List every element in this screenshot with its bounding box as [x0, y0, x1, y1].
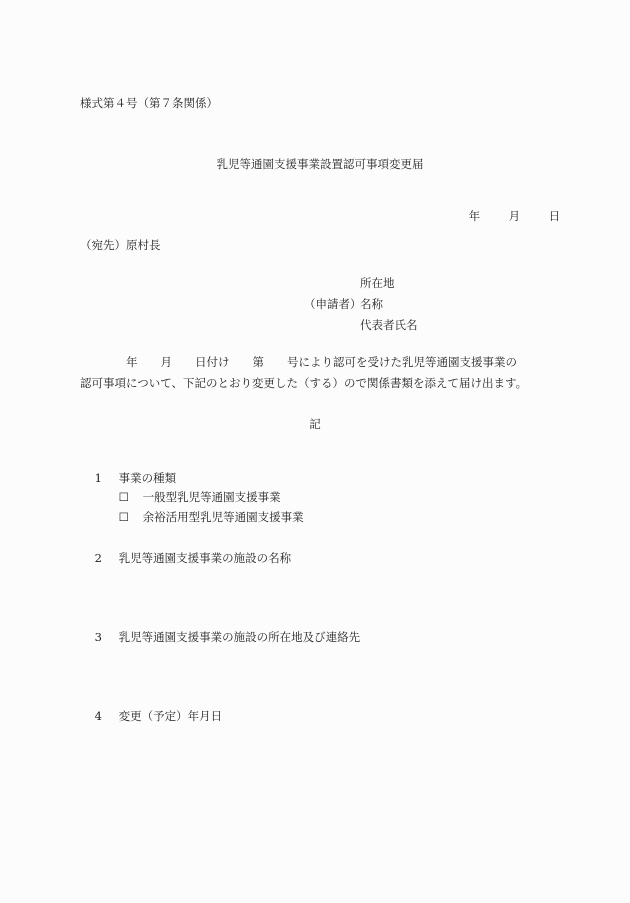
- document-title: 乳児等通園支援事業設置認可事項変更届: [0, 159, 630, 171]
- body-text-line-2: 認可事項について、下記のとおり変更した（する）ので関係書類を添えて届け出ます。: [80, 378, 527, 390]
- item-label: 乳児等通園支援事業の施設の所在地及び連絡先: [119, 630, 361, 644]
- date-year-field[interactable]: 年: [469, 211, 509, 223]
- item-number: 4: [95, 711, 119, 723]
- applicant-address-label: 所在地: [360, 278, 395, 290]
- applicant-block: 所在地 （申請者） 名称 代表者氏名: [0, 278, 15, 347]
- applicant-name-label: 名称: [360, 299, 383, 311]
- date-month-field[interactable]: 月: [509, 211, 549, 223]
- body-text-line-1: 年 月 日付け 第 号により認可を受けた乳児等通園支援事業の: [80, 357, 517, 369]
- item-number: 2: [95, 553, 119, 565]
- item-number: 3: [95, 632, 119, 644]
- item-label: 変更（予定）年月日: [119, 709, 223, 723]
- item-facility-address: 3乳児等通園支援事業の施設の所在地及び連絡先: [80, 620, 360, 655]
- option-label: 余裕活用型乳児等通園支援事業: [143, 510, 304, 524]
- item-label: 乳児等通園支援事業の施設の名称: [119, 551, 292, 565]
- applicant-role-label: （申請者）: [304, 299, 362, 311]
- item-facility-name: 2乳児等通園支援事業の施設の名称: [80, 541, 291, 576]
- ki-heading: 記: [0, 419, 630, 431]
- option-surplus-type[interactable]: ☐余裕活用型乳児等通園支援事業: [104, 500, 304, 535]
- date-line: 年月日: [454, 199, 560, 234]
- checkbox-icon[interactable]: ☐: [119, 512, 143, 524]
- date-day-field[interactable]: 日: [549, 211, 561, 223]
- applicant-representative-label: 代表者氏名: [360, 320, 418, 332]
- form-number: 様式第４号（第７条関係）: [80, 98, 218, 110]
- item-change-date: 4変更（予定）年月日: [80, 699, 222, 734]
- addressee: （宛先）原村長: [80, 240, 161, 252]
